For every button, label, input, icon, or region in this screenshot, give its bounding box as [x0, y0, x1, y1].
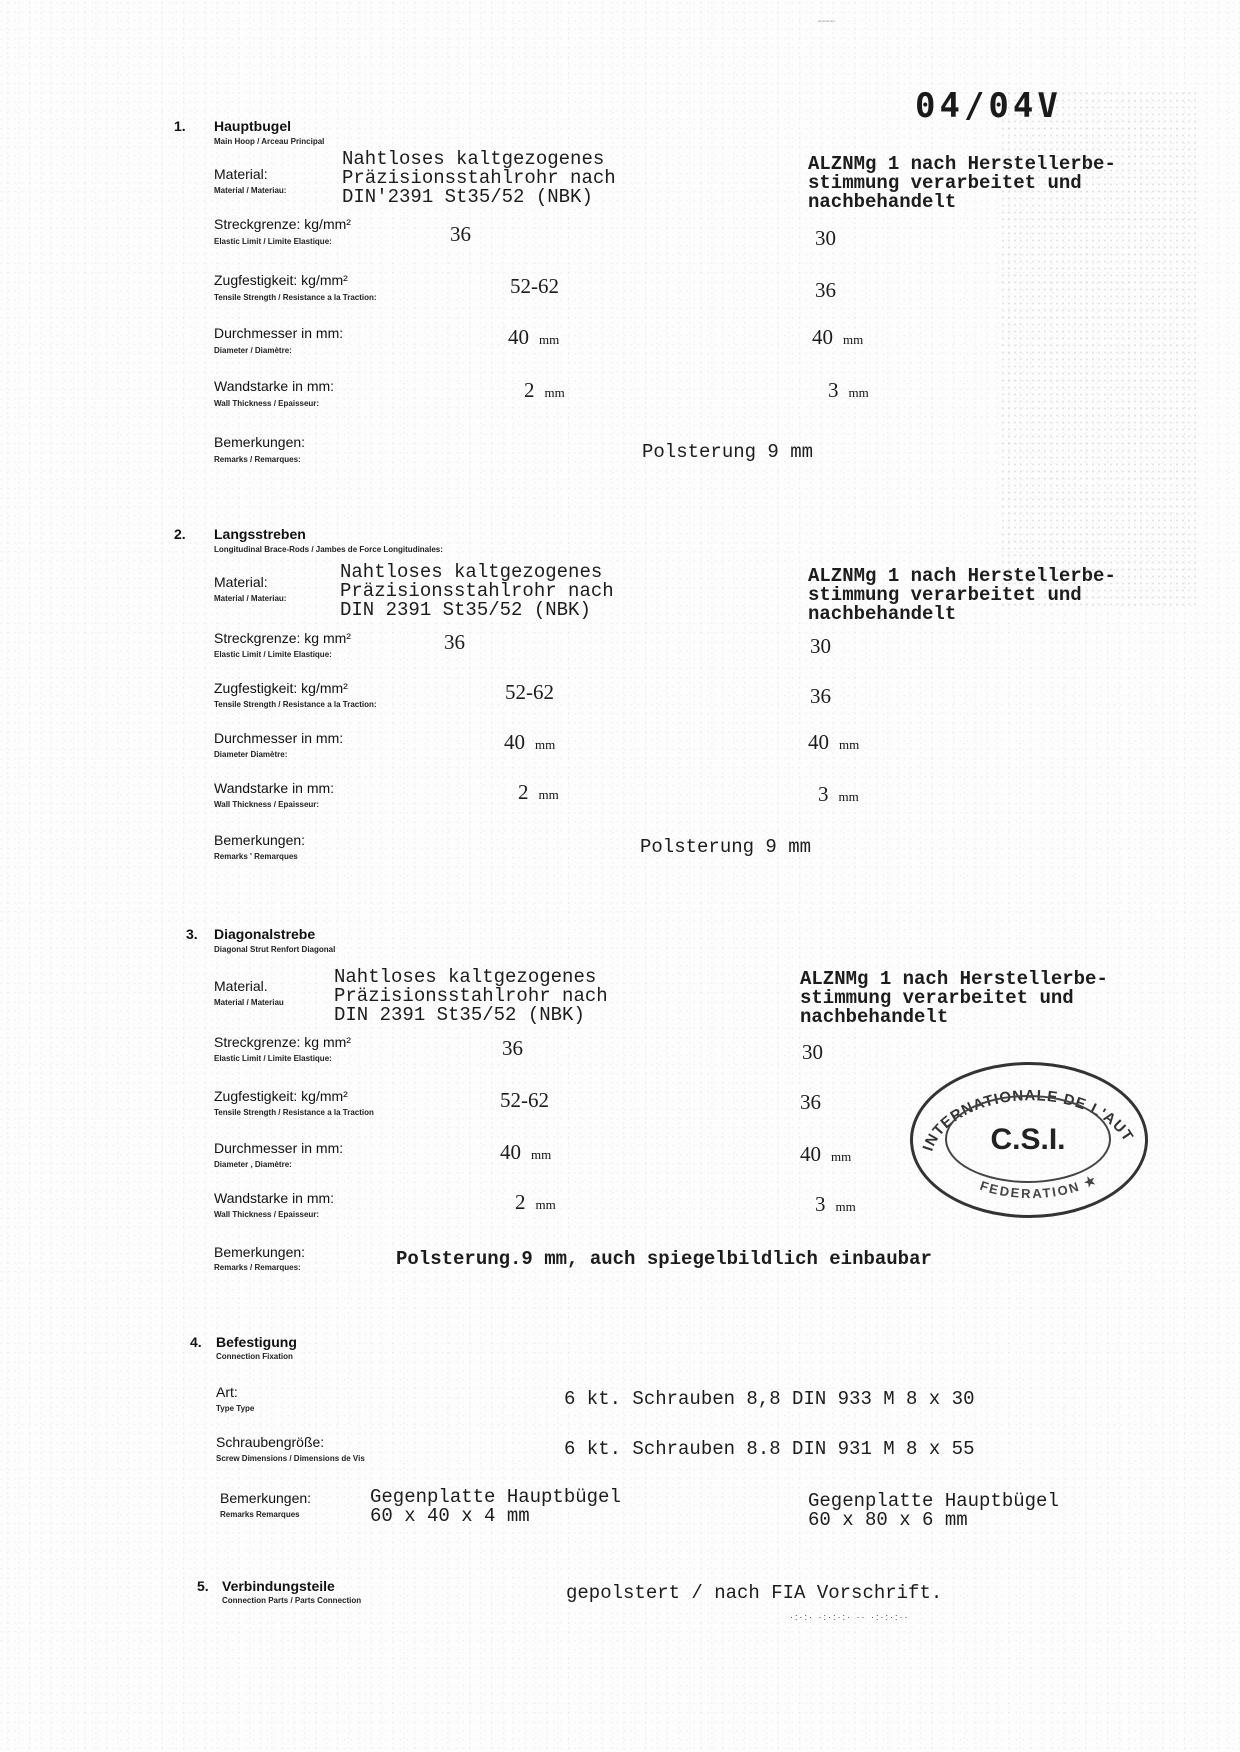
section-title: Langsstreben: [214, 526, 306, 542]
material-sublabel: Material / Materiau:: [214, 594, 286, 603]
material-a: Nahtloses kaltgezogenes Präzisionsstahlr…: [334, 968, 608, 1025]
tensile-b: 36: [815, 278, 836, 303]
elastic-limit-a: 36: [450, 222, 471, 247]
section-title: Befestigung: [216, 1334, 297, 1350]
material-b: ALZNMg 1 nach Herstellerbe- stimmung ver…: [800, 970, 1108, 1027]
elastic-limit-b: 30: [810, 634, 831, 659]
section-subtitle: Longitudinal Brace-Rods / Jambes de Forc…: [214, 545, 443, 554]
remarks-sublabel: Remarks ' Remarques: [214, 852, 298, 861]
diameter-b: 40mm: [808, 730, 859, 755]
tensile-sublabel: Tensile Strength / Resistance a la Tract…: [214, 293, 377, 302]
section-subtitle: Connection Fixation: [216, 1352, 293, 1361]
signature-scribble: ·:·:· ·:·:·:· ·· ·:·:·:··: [790, 1612, 909, 1622]
material-label: Material:: [214, 166, 268, 182]
wall-thickness-sublabel: Wall Thickness / Epaisseur:: [214, 1210, 319, 1219]
remarks-value: Polsterung 9 mm: [640, 838, 811, 857]
diameter-a: 40mm: [500, 1140, 551, 1165]
remarks-sublabel: Remarks / Remarques:: [214, 1263, 301, 1272]
diameter-sublabel: Diameter / Diamètre:: [214, 346, 292, 355]
section-number: 2.: [174, 526, 186, 542]
screw-size-sublabel: Screw Dimensions / Dimensions de Vis: [216, 1454, 365, 1463]
tensile-sublabel: Tensile Strength / Resistance a la Tract…: [214, 1108, 374, 1117]
wall-thickness-a: 2mm: [518, 780, 559, 805]
section-number: 1.: [174, 118, 186, 134]
section-number: 4.: [190, 1334, 202, 1350]
material-sublabel: Material / Materiau:: [214, 186, 286, 195]
remarks-label: Bemerkungen:: [214, 434, 305, 450]
section-title: Hauptbugel: [214, 118, 291, 134]
wall-thickness-sublabel: Wall Thickness / Epaisseur:: [214, 399, 319, 408]
document-number: 04/04V: [915, 86, 1062, 126]
section-subtitle: Main Hoop / Arceau Principal: [214, 137, 324, 146]
material-a: Nahtloses kaltgezogenes Präzisionsstahlr…: [342, 150, 616, 207]
section-number: 3.: [186, 926, 198, 942]
section-title: Diagonalstrebe: [214, 926, 315, 942]
elastic-limit-sublabel: Elastic Limit / Limite Elastique:: [214, 237, 332, 246]
screw-size-value: 6 kt. Schrauben 8.8 DIN 931 M 8 x 55: [564, 1440, 974, 1459]
diameter-label: Durchmesser in mm:: [214, 730, 343, 746]
material-label: Material:: [214, 574, 268, 590]
elastic-limit-b: 30: [802, 1040, 823, 1065]
wall-thickness-a: 2mm: [524, 378, 565, 403]
elastic-limit-b: 30: [815, 226, 836, 251]
diameter-b: 40mm: [800, 1142, 851, 1167]
fia-csi-stamp: INTERNATIONALE DE L'AUTOMOBILE FEDERATIO…: [910, 1062, 1148, 1218]
type-value: 6 kt. Schrauben 8,8 DIN 933 M 8 x 30: [564, 1390, 974, 1409]
elastic-limit-sublabel: Elastic Limit / Limite Elastique:: [214, 650, 332, 659]
remarks-label: Bemerkungen:: [220, 1490, 311, 1506]
diameter-label: Durchmesser in mm:: [214, 1140, 343, 1156]
wall-thickness-label: Wandstarke in mm:: [214, 378, 334, 394]
tensile-b: 36: [810, 684, 831, 709]
tensile-b: 36: [800, 1090, 821, 1115]
remarks-sublabel: Remarks Remarques: [220, 1510, 300, 1519]
stamp-center-text: C.S.I.: [947, 1123, 1109, 1157]
elastic-limit-label: Streckgrenze: kg mm²: [214, 630, 351, 646]
tensile-label: Zugfestigkeit: kg/mm²: [214, 680, 348, 696]
remarks-sublabel: Remarks / Remarques:: [214, 455, 301, 464]
type-label: Art:: [216, 1384, 238, 1400]
remarks-value: Polsterung 9 mm: [642, 443, 813, 462]
elastic-limit-a: 36: [502, 1036, 523, 1061]
wall-thickness-b: 3mm: [815, 1192, 856, 1217]
tensile-a: 52-62: [505, 680, 554, 705]
material-label: Material.: [214, 978, 268, 994]
material-b: ALZNMg 1 nach Herstellerbe- stimmung ver…: [808, 567, 1116, 624]
wall-thickness-label: Wandstarke in mm:: [214, 780, 334, 796]
diameter-b: 40mm: [812, 325, 863, 350]
wall-thickness-sublabel: Wall Thickness / Epaisseur:: [214, 800, 319, 809]
diameter-sublabel: Diameter Diamètre:: [214, 750, 287, 759]
connection-parts-value: gepolstert / nach FIA Vorschrift.: [566, 1584, 942, 1603]
top-mark: ·············: [817, 18, 834, 25]
tensile-a: 52-62: [510, 274, 559, 299]
diameter-label: Durchmesser in mm:: [214, 325, 343, 341]
elastic-limit-a: 36: [444, 630, 465, 655]
material-b: ALZNMg 1 nach Herstellerbe- stimmung ver…: [808, 155, 1116, 212]
remarks-label: Bemerkungen:: [214, 832, 305, 848]
tensile-label: Zugfestigkeit: kg/mm²: [214, 272, 348, 288]
elastic-limit-sublabel: Elastic Limit / Limite Elastique:: [214, 1054, 332, 1063]
remarks-value: Polsterung.9 mm, auch spiegelbildlich ei…: [396, 1250, 932, 1269]
remarks-value-b: Gegenplatte Hauptbügel 60 x 80 x 6 mm: [808, 1492, 1059, 1530]
section-subtitle: Connection Parts / Parts Connection: [222, 1596, 361, 1605]
section-subtitle: Diagonal Strut Renfort Diagonal: [214, 945, 335, 954]
wall-thickness-a: 2mm: [515, 1190, 556, 1215]
diameter-a: 40mm: [504, 730, 555, 755]
wall-thickness-b: 3mm: [828, 378, 869, 403]
tensile-a: 52-62: [500, 1088, 549, 1113]
elastic-limit-label: Streckgrenze: kg/mm²: [214, 216, 351, 232]
material-a: Nahtloses kaltgezogenes Präzisionsstahlr…: [340, 563, 614, 620]
diameter-sublabel: Diameter , Diamètre:: [214, 1160, 292, 1169]
remarks-value-a: Gegenplatte Hauptbügel 60 x 40 x 4 mm: [370, 1488, 621, 1526]
tensile-label: Zugfestigkeit: kg/mm²: [214, 1088, 348, 1104]
wall-thickness-b: 3mm: [818, 782, 859, 807]
screw-size-label: Schraubengröße:: [216, 1434, 324, 1450]
stamp-inner-ring: C.S.I.: [945, 1095, 1111, 1183]
section-number: 5.: [197, 1578, 209, 1594]
elastic-limit-label: Streckgrenze: kg mm²: [214, 1034, 351, 1050]
diameter-a: 40mm: [508, 325, 559, 350]
wall-thickness-label: Wandstarke in mm:: [214, 1190, 334, 1206]
section-title: Verbindungsteile: [222, 1578, 335, 1594]
material-sublabel: Material / Materiau: [214, 998, 284, 1007]
tensile-sublabel: Tensile Strength / Resistance a la Tract…: [214, 700, 377, 709]
type-sublabel: Type Type: [216, 1404, 254, 1413]
remarks-label: Bemerkungen:: [214, 1244, 305, 1260]
